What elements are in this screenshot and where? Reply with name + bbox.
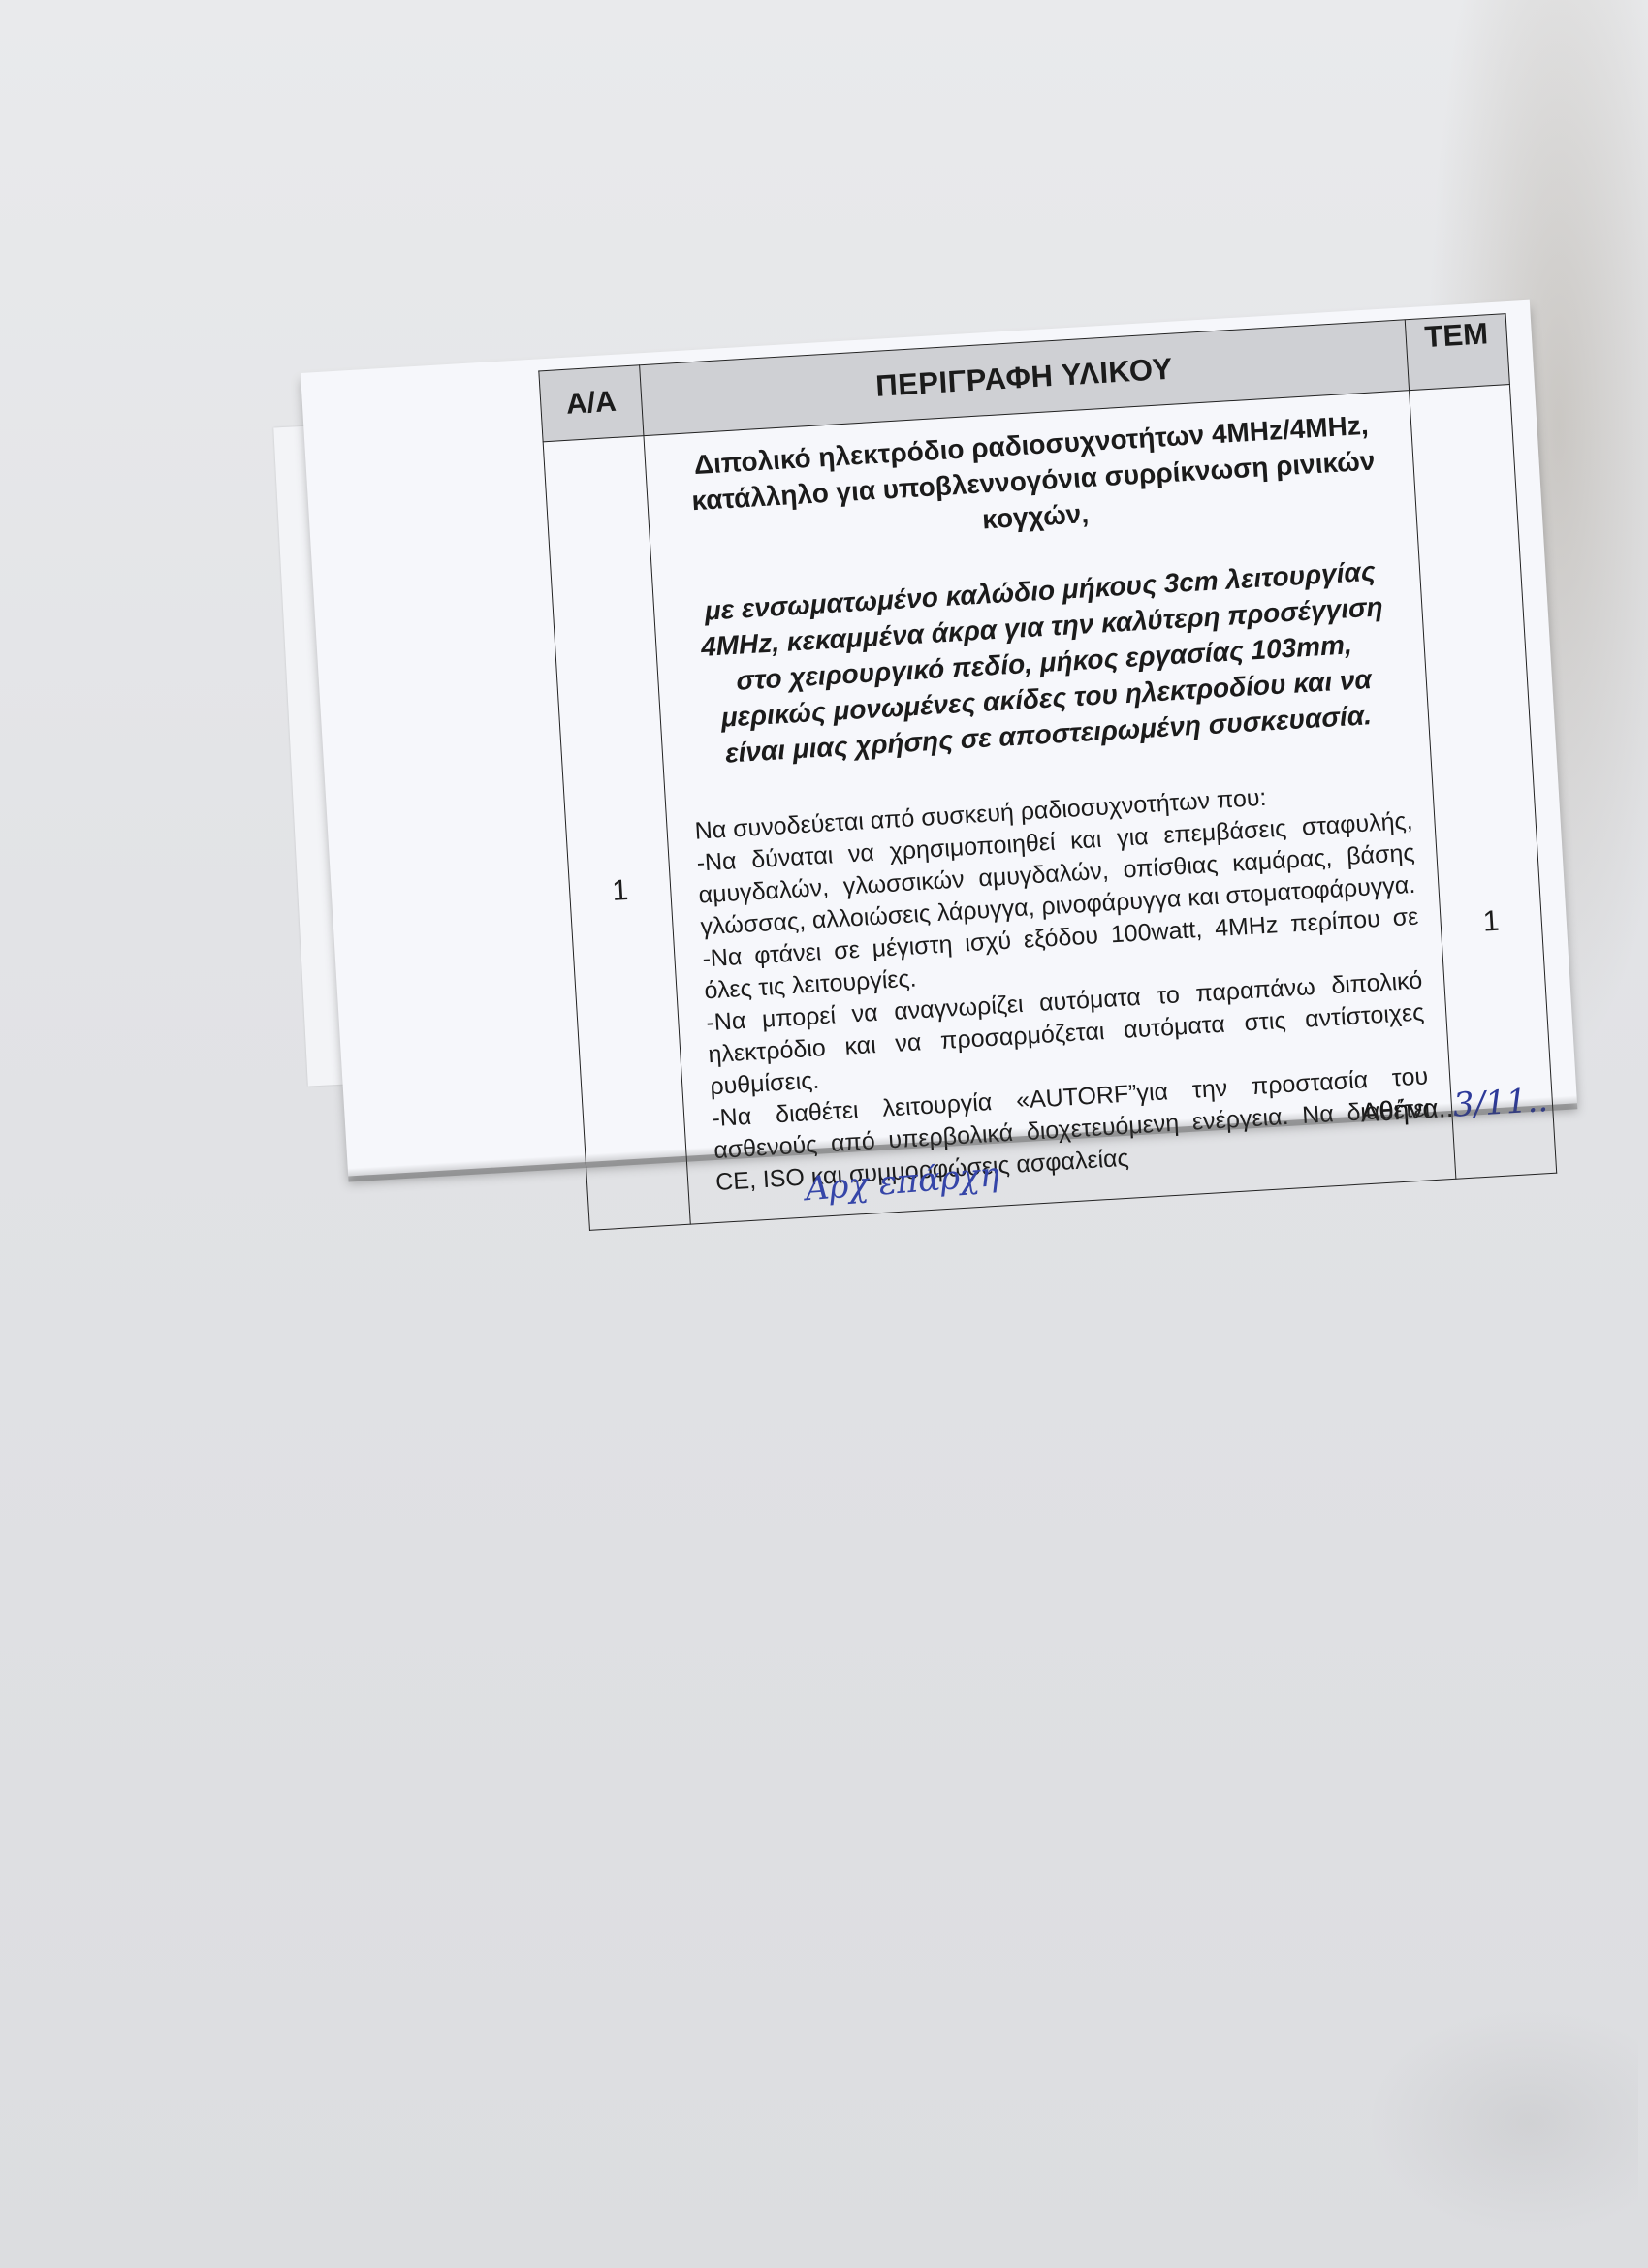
scanned-page: Α/Α ΠΕΡΙΓΡΑΦΗ ΥΛΙΚΟΥ ΤΕΜ 1 Διπολικό ηλεκ…	[301, 300, 1577, 1177]
item-specs: με ενσωματωμένο καλώδιο μήκους 3cm λειτο…	[681, 551, 1408, 773]
header-quantity: ΤΕΜ	[1405, 314, 1509, 391]
item-title: Διπολικό ηλεκτρόδιο ραδιοσυχνοτήτων 4MHz…	[672, 406, 1394, 556]
header-aa: Α/Α	[539, 365, 644, 442]
row-description: Διπολικό ηλεκτρόδιο ραδιοσυχνοτήτων 4MHz…	[644, 391, 1456, 1224]
scan-dust	[1367, 2006, 1638, 2239]
